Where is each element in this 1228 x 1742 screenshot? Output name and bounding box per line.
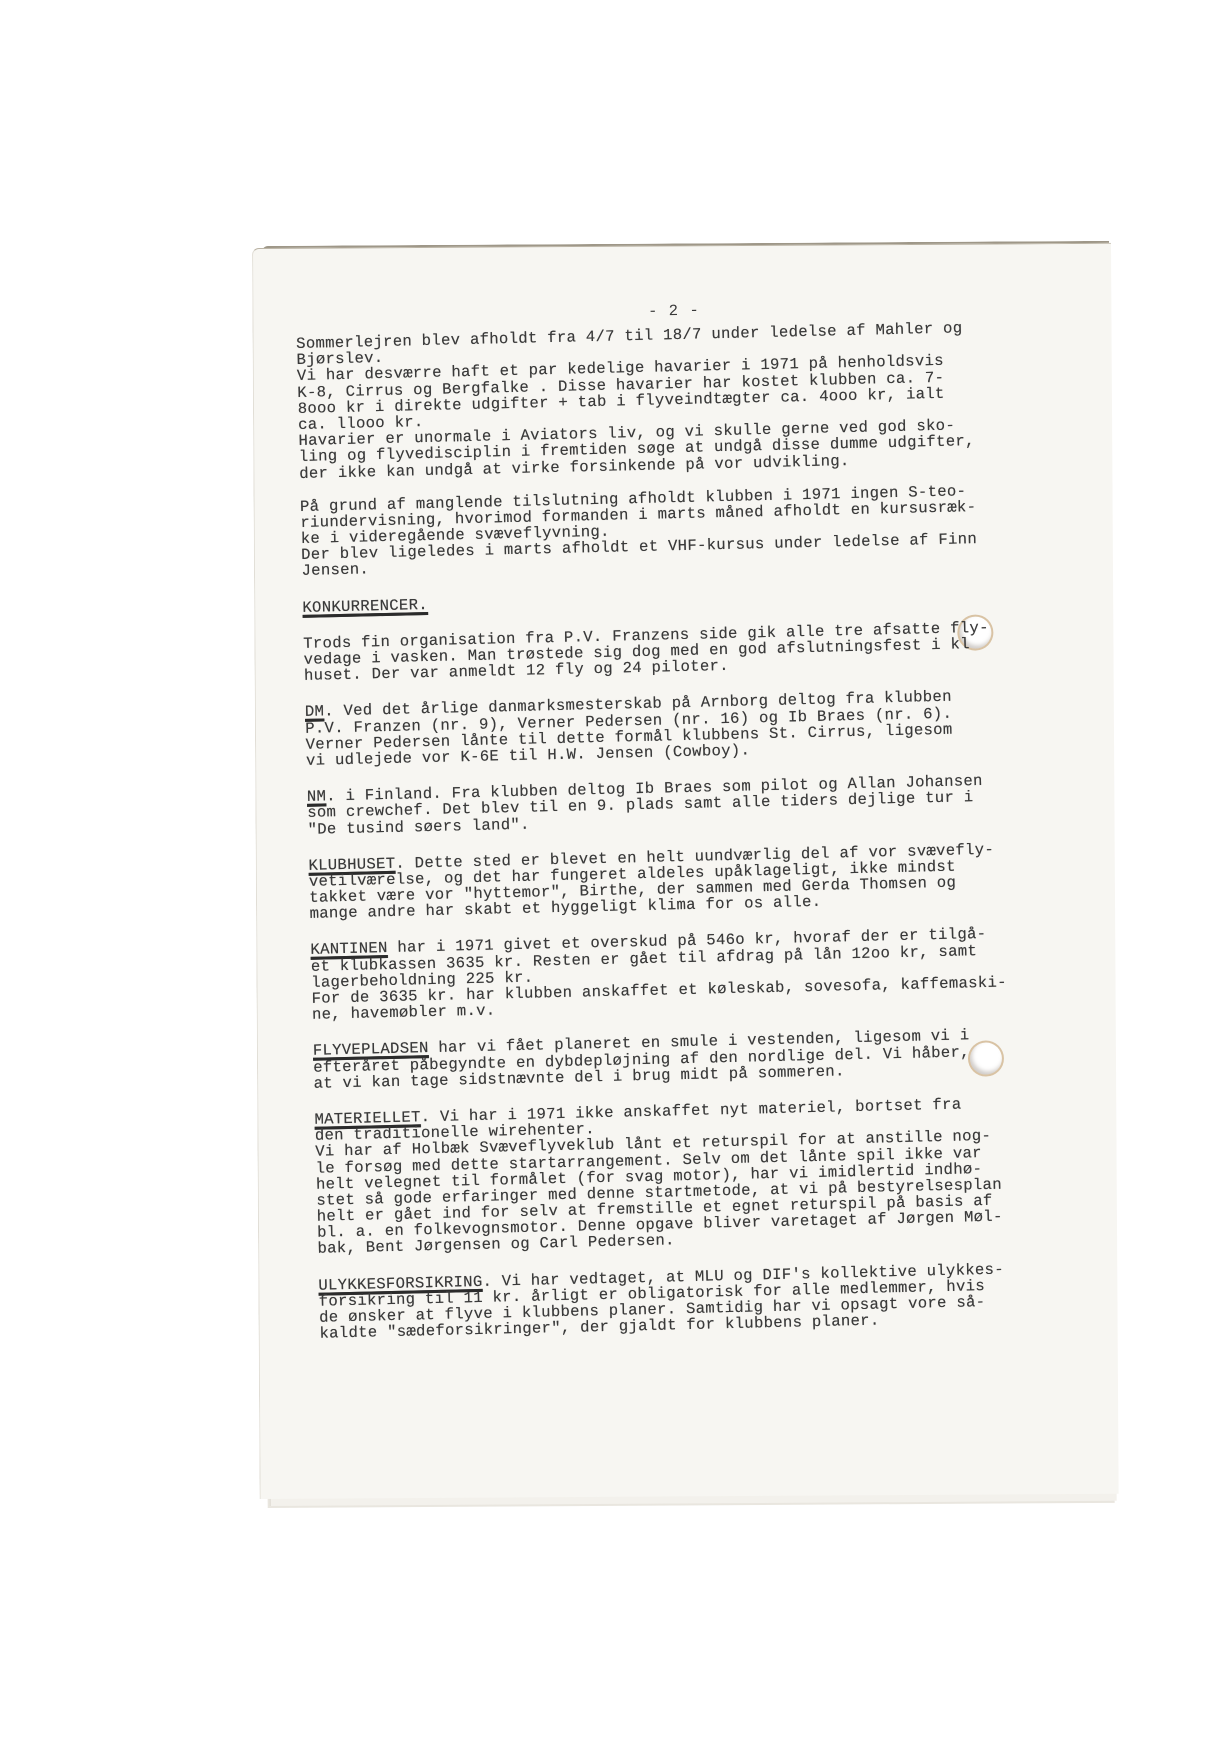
page-number: - 2 - <box>648 301 700 320</box>
document-body: Sommerlejren blev afholdt fra 4/7 til 18… <box>296 318 1079 1342</box>
paragraph-summer-camp: Sommerlejren blev afholdt fra 4/7 til 18… <box>296 318 1059 482</box>
paragraph-materiellet: MATERIELLET. Vi har i 1971 ikke anskaffe… <box>314 1094 1077 1258</box>
section-heading-konkurrencer: KONKURRENCER. <box>302 596 428 617</box>
